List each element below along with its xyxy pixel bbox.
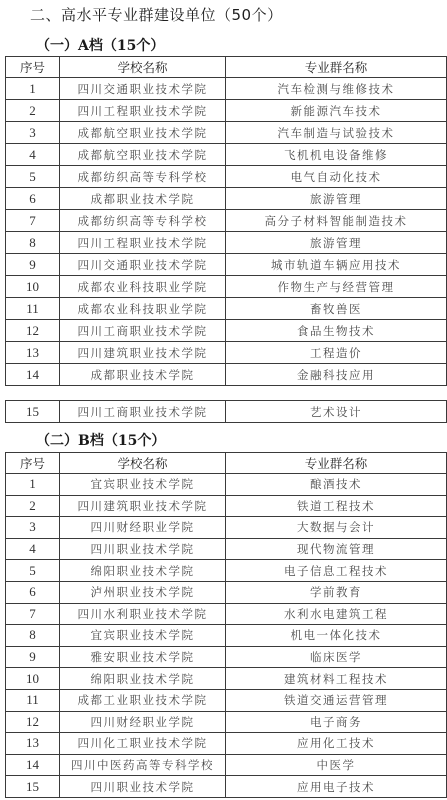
school-name: 成都纺织高等专科学校 (60, 166, 226, 188)
school-name: 四川职业技术学院 (60, 776, 226, 798)
table-row: 12四川工商职业技术学院食品生物技术 (6, 320, 447, 342)
school-name: 四川财经职业学院 (60, 711, 226, 733)
row-number: 8 (6, 232, 60, 254)
row-number: 14 (6, 754, 60, 776)
school-name: 四川财经职业学院 (60, 517, 226, 539)
table-row: 7四川水利职业技术学院水利水电建筑工程 (6, 603, 447, 625)
row-number: 8 (6, 625, 60, 647)
table-row: 13四川化工职业技术学院应用化工技术 (6, 733, 447, 755)
row-number: 2 (6, 100, 60, 122)
table-row: 7成都纺织高等专科学校高分子材料智能制造技术 (6, 210, 447, 232)
table-row: 14四川中医药高等专科学校中医学 (6, 754, 447, 776)
row-number: 4 (6, 144, 60, 166)
row-number: 2 (6, 495, 60, 517)
school-name: 四川工商职业技术学院 (60, 320, 226, 342)
major-group-name: 城市轨道车辆应用技术 (226, 254, 447, 276)
major-group-name: 金融科技应用 (226, 364, 447, 386)
major-group-name: 机电一体化技术 (226, 625, 447, 647)
school-name: 成都航空职业技术学院 (60, 122, 226, 144)
major-group-name: 工程造价 (226, 342, 447, 364)
school-name: 绵阳职业技术学院 (60, 560, 226, 582)
row-number: 7 (6, 210, 60, 232)
school-name: 成都航空职业技术学院 (60, 144, 226, 166)
header-major: 专业群名称 (226, 57, 447, 78)
school-name: 宜宾职业技术学院 (60, 474, 226, 496)
major-group-name: 铁道交通运营管理 (226, 689, 447, 711)
row-number: 3 (6, 517, 60, 539)
school-name: 四川工商职业技术学院 (60, 401, 226, 423)
school-name: 四川交通职业技术学院 (60, 254, 226, 276)
school-name: 四川交通职业技术学院 (60, 78, 226, 100)
table-row: 3成都航空职业技术学院汽车制造与试验技术 (6, 122, 447, 144)
row-number: 10 (6, 668, 60, 690)
table-row: 5绵阳职业技术学院电子信息工程技术 (6, 560, 447, 582)
row-number: 9 (6, 646, 60, 668)
school-name: 宜宾职业技术学院 (60, 625, 226, 647)
table-header-row: 序号 学校名称 专业群名称 (6, 57, 447, 78)
table-row: 11成都工业职业技术学院铁道交通运营管理 (6, 689, 447, 711)
header-school: 学校名称 (60, 453, 226, 474)
table-row: 2四川工程职业技术学院新能源汽车技术 (6, 100, 447, 122)
table-row: 10成都农业科技职业学院作物生产与经营管理 (6, 276, 447, 298)
row-number: 11 (6, 689, 60, 711)
row-number: 15 (6, 776, 60, 798)
major-group-name: 水利水电建筑工程 (226, 603, 447, 625)
table-row: 11成都农业科技职业学院畜牧兽医 (6, 298, 447, 320)
table-row: 8宜宾职业技术学院机电一体化技术 (6, 625, 447, 647)
school-name: 成都农业科技职业学院 (60, 298, 226, 320)
major-group-name: 飞机机电设备维修 (226, 144, 447, 166)
major-group-name: 铁道工程技术 (226, 495, 447, 517)
table-row: 2四川建筑职业技术学院铁道工程技术 (6, 495, 447, 517)
school-name: 四川化工职业技术学院 (60, 733, 226, 755)
major-group-name: 旅游管理 (226, 188, 447, 210)
row-number: 1 (6, 78, 60, 100)
school-name: 四川建筑职业技术学院 (60, 342, 226, 364)
table-row: 9四川交通职业技术学院城市轨道车辆应用技术 (6, 254, 447, 276)
major-group-name: 旅游管理 (226, 232, 447, 254)
major-group-name: 学前教育 (226, 581, 447, 603)
row-number: 11 (6, 298, 60, 320)
table-row: 1宜宾职业技术学院酿酒技术 (6, 474, 447, 496)
major-group-name: 中医学 (226, 754, 447, 776)
major-group-name: 酿酒技术 (226, 474, 447, 496)
table-row: 6成都职业技术学院旅游管理 (6, 188, 447, 210)
row-number: 15 (6, 401, 60, 423)
table-a: 序号 学校名称 专业群名称 1四川交通职业技术学院汽车检测与维修技术2四川工程职… (5, 56, 447, 386)
row-number: 12 (6, 711, 60, 733)
school-name: 四川工程职业技术学院 (60, 232, 226, 254)
row-number: 4 (6, 538, 60, 560)
table-row: 9雅安职业技术学院临床医学 (6, 646, 447, 668)
row-number: 14 (6, 364, 60, 386)
table-row: 14成都职业技术学院金融科技应用 (6, 364, 447, 386)
school-name: 四川职业技术学院 (60, 538, 226, 560)
major-group-name: 现代物流管理 (226, 538, 447, 560)
header-no: 序号 (6, 57, 60, 78)
row-number: 10 (6, 276, 60, 298)
major-group-name: 建筑材料工程技术 (226, 668, 447, 690)
row-number: 9 (6, 254, 60, 276)
major-group-name: 汽车制造与试验技术 (226, 122, 447, 144)
row-number: 6 (6, 581, 60, 603)
school-name: 泸州职业技术学院 (60, 581, 226, 603)
table-row: 13四川建筑职业技术学院工程造价 (6, 342, 447, 364)
school-name: 成都职业技术学院 (60, 364, 226, 386)
table-row: 15四川工商职业技术学院艺术设计 (6, 401, 447, 423)
row-number: 6 (6, 188, 60, 210)
major-group-name: 应用化工技术 (226, 733, 447, 755)
table-row: 8四川工程职业技术学院旅游管理 (6, 232, 447, 254)
table-b: 序号 学校名称 专业群名称 1宜宾职业技术学院酿酒技术2四川建筑职业技术学院铁道… (5, 452, 447, 798)
header-school: 学校名称 (60, 57, 226, 78)
school-name: 成都纺织高等专科学校 (60, 210, 226, 232)
header-major: 专业群名称 (226, 453, 447, 474)
row-number: 7 (6, 603, 60, 625)
row-number: 12 (6, 320, 60, 342)
document-title: 二、高水平专业群建设单位（50个） (30, 4, 283, 25)
table-row: 10绵阳职业技术学院建筑材料工程技术 (6, 668, 447, 690)
major-group-name: 应用电子技术 (226, 776, 447, 798)
major-group-name: 高分子材料智能制造技术 (226, 210, 447, 232)
table-row: 3四川财经职业学院大数据与会计 (6, 517, 447, 539)
major-group-name: 大数据与会计 (226, 517, 447, 539)
major-group-name: 电气自动化技术 (226, 166, 447, 188)
school-name: 成都农业科技职业学院 (60, 276, 226, 298)
table-row: 1四川交通职业技术学院汽车检测与维修技术 (6, 78, 447, 100)
school-name: 成都工业职业技术学院 (60, 689, 226, 711)
school-name: 成都职业技术学院 (60, 188, 226, 210)
row-number: 13 (6, 342, 60, 364)
school-name: 四川水利职业技术学院 (60, 603, 226, 625)
major-group-name: 作物生产与经营管理 (226, 276, 447, 298)
major-group-name: 临床医学 (226, 646, 447, 668)
table-row: 4成都航空职业技术学院飞机机电设备维修 (6, 144, 447, 166)
row-number: 13 (6, 733, 60, 755)
table-row: 15四川职业技术学院应用电子技术 (6, 776, 447, 798)
school-name: 雅安职业技术学院 (60, 646, 226, 668)
school-name: 四川中医药高等专科学校 (60, 754, 226, 776)
table-header-row: 序号 学校名称 专业群名称 (6, 453, 447, 474)
table-row: 12四川财经职业学院电子商务 (6, 711, 447, 733)
major-group-name: 新能源汽车技术 (226, 100, 447, 122)
major-group-name: 畜牧兽医 (226, 298, 447, 320)
row-number: 5 (6, 560, 60, 582)
row-number: 3 (6, 122, 60, 144)
major-group-name: 艺术设计 (226, 401, 447, 423)
major-group-name: 食品生物技术 (226, 320, 447, 342)
row-number: 1 (6, 474, 60, 496)
header-no: 序号 (6, 453, 60, 474)
school-name: 四川建筑职业技术学院 (60, 495, 226, 517)
major-group-name: 电子信息工程技术 (226, 560, 447, 582)
school-name: 绵阳职业技术学院 (60, 668, 226, 690)
table-a-continued: 15四川工商职业技术学院艺术设计 (5, 400, 447, 423)
row-number: 5 (6, 166, 60, 188)
section-b-heading: （二）B档（15个） (36, 430, 165, 450)
table-row: 4四川职业技术学院现代物流管理 (6, 538, 447, 560)
section-a-heading: （一）A档（15个） (36, 35, 164, 55)
major-group-name: 电子商务 (226, 711, 447, 733)
school-name: 四川工程职业技术学院 (60, 100, 226, 122)
major-group-name: 汽车检测与维修技术 (226, 78, 447, 100)
table-row: 6泸州职业技术学院学前教育 (6, 581, 447, 603)
table-row: 5成都纺织高等专科学校电气自动化技术 (6, 166, 447, 188)
